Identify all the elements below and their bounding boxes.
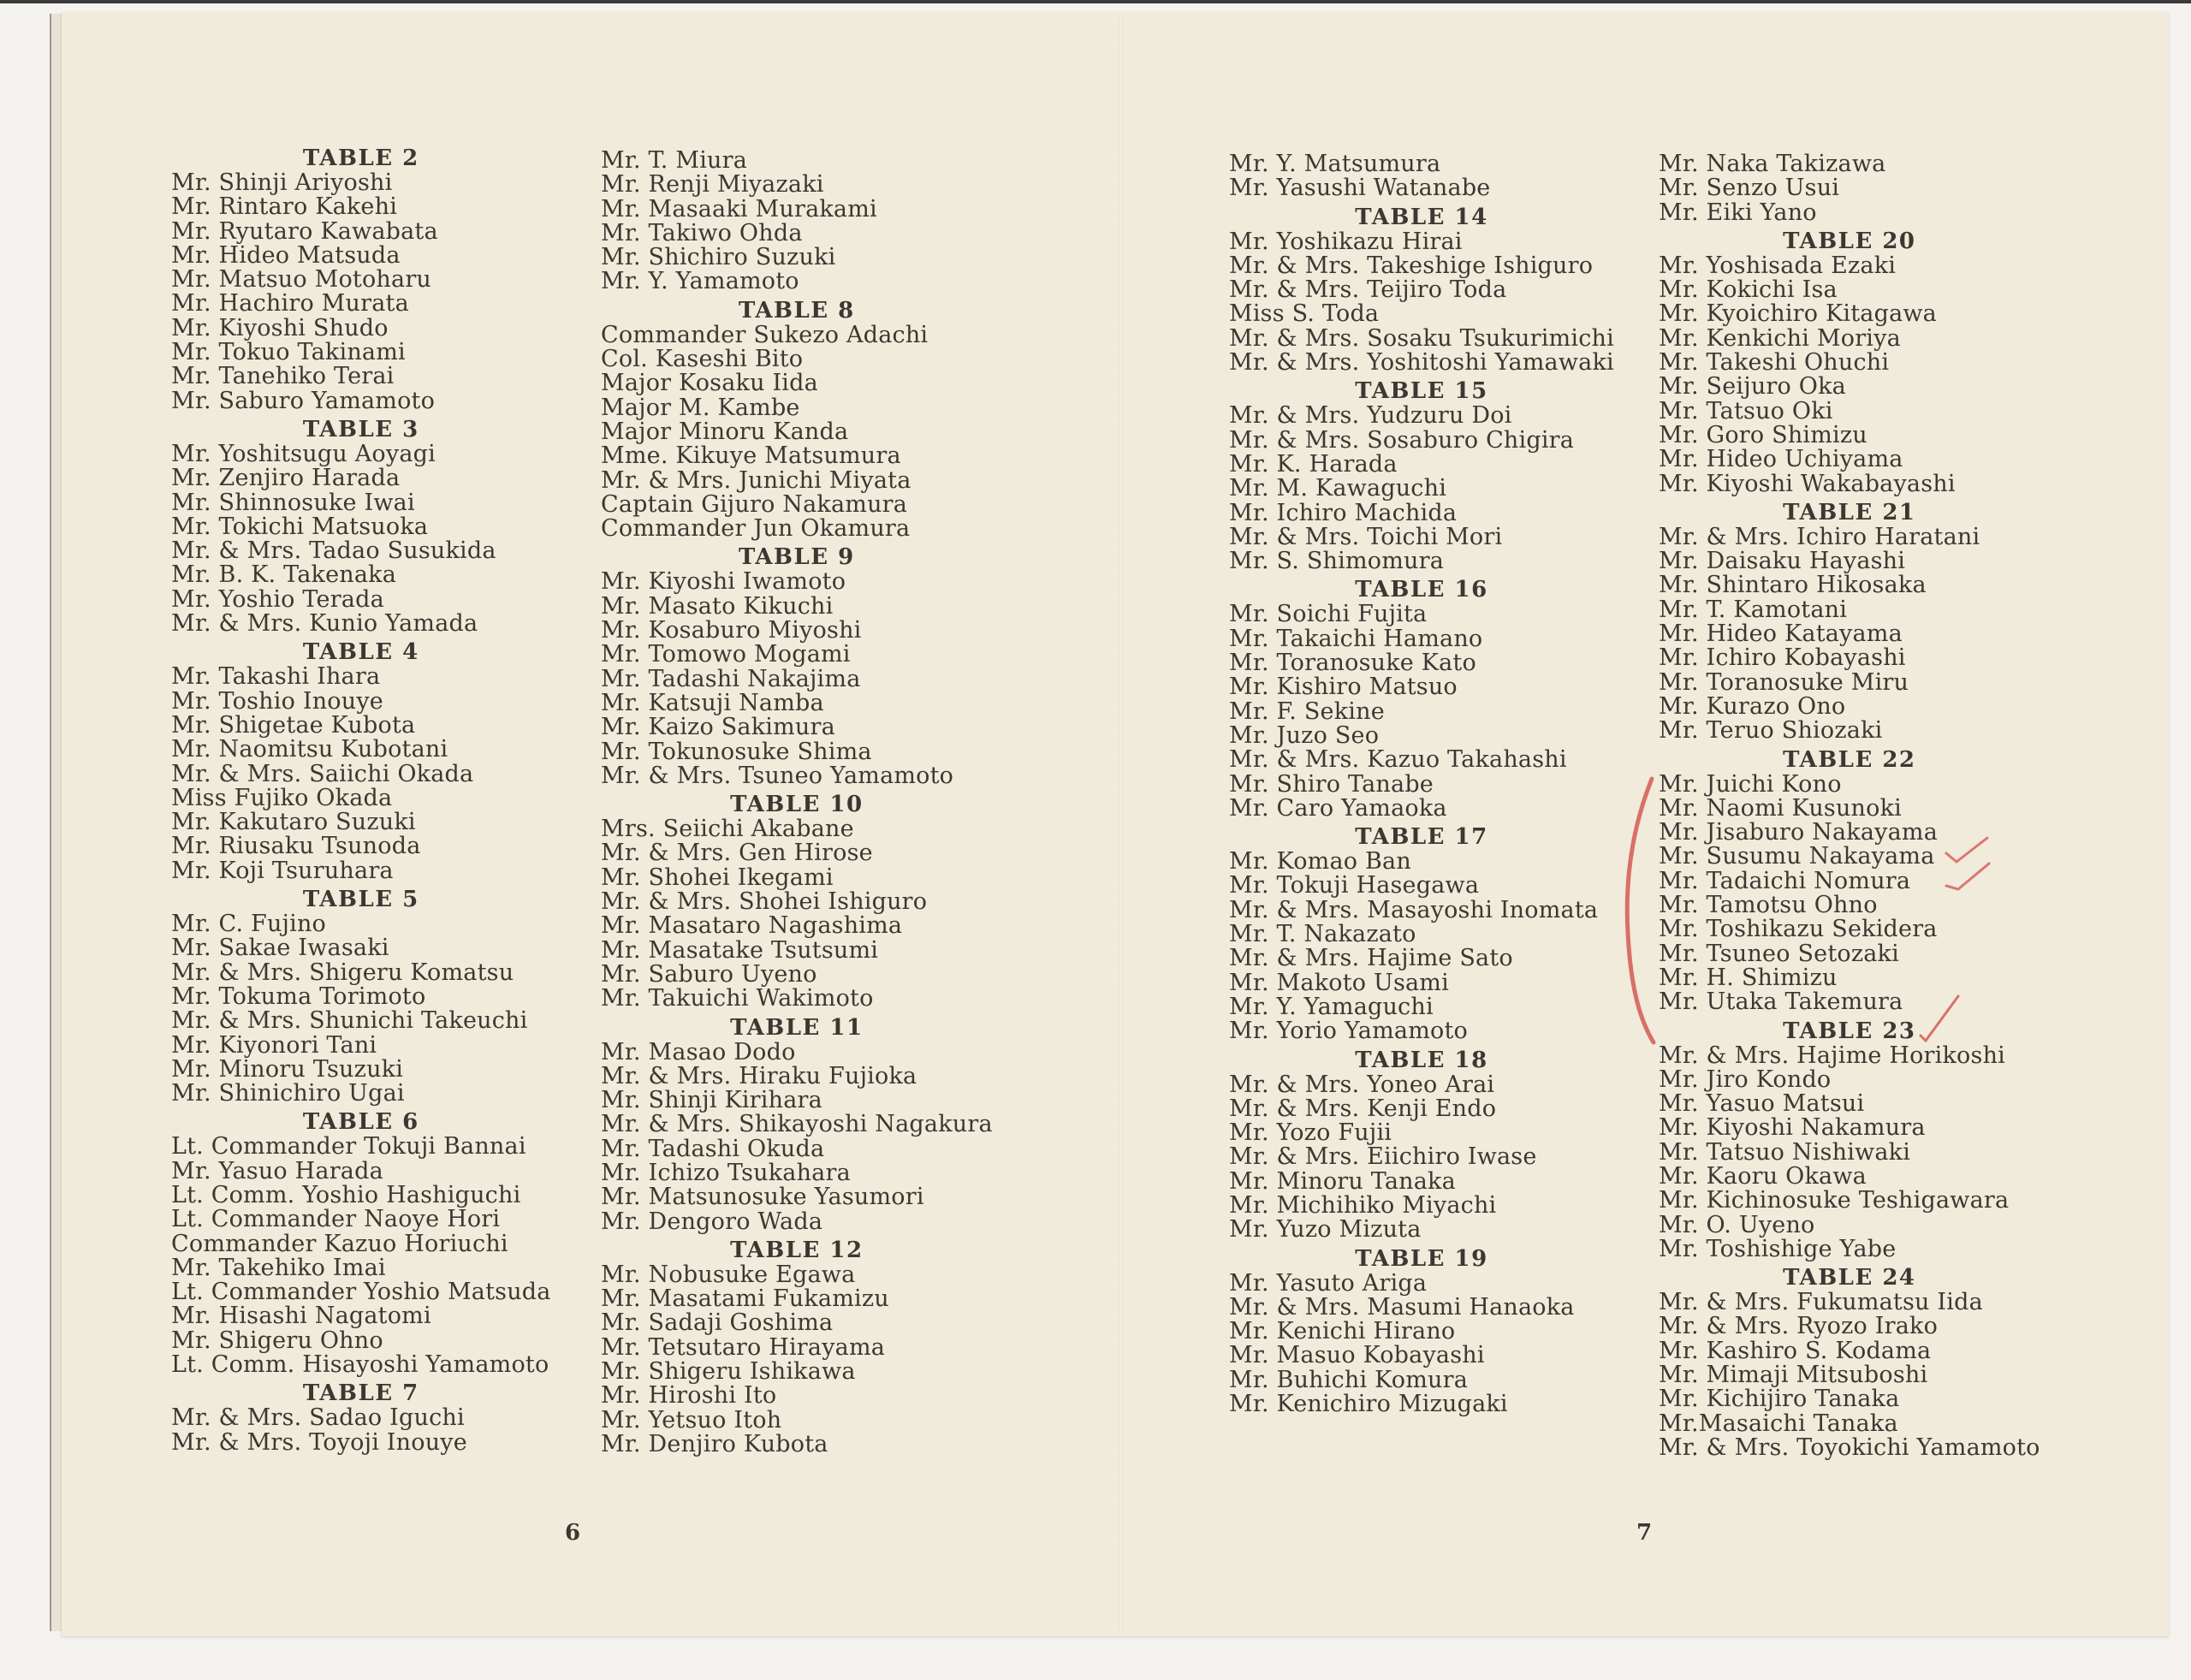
- guest-name: Mr. & Mrs. Shikayoshi Nagakura: [601, 1113, 993, 1137]
- guest-name: Mr. Naomitsu Kubotani: [171, 738, 551, 762]
- guest-name: Mr. Yetsuo Itoh: [601, 1409, 993, 1433]
- guest-name: Major M. Kambe: [601, 396, 993, 420]
- guest-name: Mr. Tsuneo Setozaki: [1659, 942, 2040, 966]
- guest-name: Mr. Toshikazu Sekidera: [1659, 917, 2040, 941]
- guest-name: Mr. & Mrs. Masayoshi Inomata: [1229, 899, 1614, 923]
- guest-name: Mr. Tatsuo Nishiwaki: [1659, 1141, 2040, 1165]
- table-heading: TABLE 4: [171, 639, 551, 665]
- guest-name: Mr. Takashi Ihara: [171, 665, 551, 689]
- guest-name: Mr. & Mrs. Yoneo Arai: [1229, 1073, 1614, 1097]
- guest-name: Mr. Y. Matsumura: [1229, 152, 1614, 176]
- guest-name: Mr. Masataro Nagashima: [601, 914, 993, 938]
- guest-name: Mr. & Mrs. Hiraku Fujioka: [601, 1065, 993, 1089]
- guest-name: Mr. & Mrs. Sosaku Tsukurimichi: [1229, 327, 1614, 351]
- guest-name: Mr. & Mrs. Kenji Endo: [1229, 1097, 1614, 1121]
- table-heading: TABLE 24: [1659, 1265, 2040, 1291]
- guest-name: Mr. T. Kamotani: [1659, 598, 2040, 622]
- table-heading: TABLE 7: [171, 1380, 551, 1406]
- guest-name: Miss S. Toda: [1229, 302, 1614, 326]
- guest-name: Mr. Shintaro Hikosaka: [1659, 573, 2040, 597]
- guest-name: Mr. Tomowo Mogami: [601, 643, 993, 667]
- guest-name: Mr. & Mrs. Shohei Ishiguro: [601, 890, 993, 914]
- guest-name: Mr. Yozo Fujii: [1229, 1121, 1614, 1145]
- guest-name: Mr. Shigeru Ohno: [171, 1329, 551, 1353]
- guest-name: Mme. Kikuye Matsumura: [601, 444, 993, 468]
- guest-name: Mr. Nobusuke Egawa: [601, 1263, 993, 1287]
- guest-name: Mr. Daisaku Hayashi: [1659, 549, 2040, 573]
- table-heading: TABLE 18: [1229, 1048, 1614, 1073]
- guest-name: Mr. Takiwo Ohda: [601, 222, 993, 246]
- guest-name: Mr. Tokichi Matsuoka: [171, 515, 551, 539]
- guest-name: Mr. Kaoru Okawa: [1659, 1165, 2040, 1189]
- guest-name: Mr. Shohei Ikegami: [601, 866, 993, 890]
- guest-name: Mr. Riusaku Tsunoda: [171, 834, 551, 858]
- guest-name: Mr. & Mrs. Takeshige Ishiguro: [1229, 254, 1614, 278]
- guest-name: Mr. Yasuto Ariga: [1229, 1272, 1614, 1296]
- guest-name: Mr. & Mrs. Ryozo Irako: [1659, 1315, 2040, 1339]
- guest-name: Lt. Comm. Yoshio Hashiguchi: [171, 1184, 551, 1208]
- guest-name: Mr. & Mrs. Ichiro Haratani: [1659, 525, 2040, 549]
- table-heading: TABLE 2: [171, 145, 551, 171]
- guest-name: Mr. Masatami Fukamizu: [601, 1287, 993, 1311]
- guest-name: Mr. Yasushi Watanabe: [1229, 176, 1614, 200]
- guest-name: Mr. & Mrs. Sosaburo Chigira: [1229, 429, 1614, 453]
- guest-name: Mr. Makoto Usami: [1229, 971, 1614, 995]
- guest-name: Mr. T. Nakazato: [1229, 923, 1614, 947]
- guest-name: Mr. & Mrs. Saiichi Okada: [171, 763, 551, 787]
- guest-name: Mr. Kakutaro Suzuki: [171, 810, 551, 834]
- guest-name: Mr. Dengoro Wada: [601, 1210, 993, 1234]
- guest-name: Mr. Matsuo Motoharu: [171, 268, 551, 292]
- table-heading: TABLE 17: [1229, 824, 1614, 850]
- guest-name: Mr. Senzo Usui: [1659, 176, 2040, 200]
- guest-name: Lt. Commander Naoye Hori: [171, 1208, 551, 1232]
- guest-name: Mr. & Mrs. Shigeru Komatsu: [171, 961, 551, 985]
- guest-name: Mr. Juichi Kono: [1659, 773, 2040, 797]
- guest-name: Lt. Comm. Hisayoshi Yamamoto: [171, 1353, 551, 1377]
- guest-name: Commander Kazuo Horiuchi: [171, 1232, 551, 1256]
- table-heading: TABLE 9: [601, 544, 993, 570]
- table-heading: TABLE 23: [1659, 1018, 2040, 1044]
- guest-name: Mr. H. Shimizu: [1659, 966, 2040, 990]
- guest-name: Mr. Yoshikazu Hirai: [1229, 230, 1614, 254]
- guest-name: Mr. Hiroshi Ito: [601, 1384, 993, 1408]
- guest-name: Mr. Yasuo Matsui: [1659, 1092, 2040, 1116]
- guest-name: Mr. & Mrs. Tsuneo Yamamoto: [601, 764, 993, 788]
- guest-name: Mr. Kiyoshi Wakabayashi: [1659, 472, 2040, 496]
- guest-name: Mr. Toranosuke Miru: [1659, 671, 2040, 695]
- guest-name: Mr. Shinji Ariyoshi: [171, 171, 551, 195]
- column-3: Mr. Y. MatsumuraMr. Yasushi WatanabeTABL…: [1229, 152, 1614, 1416]
- table-heading: TABLE 8: [601, 298, 993, 324]
- guest-name: Mr. Kenichi Hirano: [1229, 1320, 1614, 1344]
- guest-name: Mr. Hideo Matsuda: [171, 244, 551, 268]
- guest-name: Mr. Shiro Tanabe: [1229, 773, 1614, 797]
- guest-name: Mr. Renji Miyazaki: [601, 173, 993, 197]
- table-heading: TABLE 22: [1659, 747, 2040, 773]
- guest-name: Mr. Jisaburo Nakayama: [1659, 821, 2040, 845]
- guest-name: Mr. Takehiko Imai: [171, 1256, 551, 1280]
- guest-name: Mr. Tatsuo Oki: [1659, 400, 2040, 424]
- table-heading: TABLE 10: [601, 792, 993, 817]
- table-heading: TABLE 3: [171, 417, 551, 442]
- guest-name: Mr. Kichinosuke Teshigawara: [1659, 1189, 2040, 1213]
- guest-name: Mr. Ichiro Kobayashi: [1659, 646, 2040, 670]
- guest-name: Mr. Masao Dodo: [601, 1041, 993, 1065]
- guest-name: Mr. B. K. Takenaka: [171, 563, 551, 587]
- guest-name: Mr. Naomi Kusunoki: [1659, 797, 2040, 821]
- guest-name: Mr. Tadashi Okuda: [601, 1137, 993, 1161]
- guest-name: Mr. Kenichiro Mizugaki: [1229, 1392, 1614, 1416]
- guest-name: Mr. & Mrs. Sadao Iguchi: [171, 1406, 551, 1430]
- guest-name: Mr. Matsunosuke Yasumori: [601, 1185, 993, 1209]
- guest-name: Mr. C. Fujino: [171, 912, 551, 936]
- guest-name: Mr. Ichizo Tsukahara: [601, 1161, 993, 1185]
- guest-name: Mr. & Mrs. Junichi Miyata: [601, 469, 993, 493]
- table-heading: TABLE 19: [1229, 1246, 1614, 1272]
- guest-name: Mr. Kiyonori Tani: [171, 1034, 551, 1058]
- guest-name: Mr. & Mrs. Teijiro Toda: [1229, 278, 1614, 302]
- guest-name: Mr. & Mrs. Yudzuru Doi: [1229, 404, 1614, 428]
- guest-name: Mr. Toshio Inouye: [171, 690, 551, 714]
- column-2: Mr. T. MiuraMr. Renji MiyazakiMr. Masaak…: [601, 149, 993, 1457]
- guest-name: Mr. Ryutaro Kawabata: [171, 220, 551, 244]
- guest-name: Mr. Saburo Uyeno: [601, 963, 993, 987]
- guest-name: Mr.Masaichi Tanaka: [1659, 1412, 2040, 1436]
- guest-name: Mr. Denjiro Kubota: [601, 1433, 993, 1457]
- guest-name: Mr. Kenkichi Moriya: [1659, 327, 2040, 351]
- guest-name: Col. Kaseshi Bito: [601, 347, 993, 371]
- guest-name: Mr. Utaka Takemura: [1659, 990, 2040, 1014]
- guest-name: Mr. Komao Ban: [1229, 850, 1614, 874]
- booklet-spread: TABLE 2Mr. Shinji AriyoshiMr. Rintaro Ka…: [62, 12, 2169, 1636]
- guest-name: Mr. & Mrs. Masumi Hanaoka: [1229, 1296, 1614, 1320]
- guest-name: Mr. Hachiro Murata: [171, 292, 551, 316]
- guest-name: Mr. Tetsutaro Hirayama: [601, 1336, 993, 1360]
- guest-name: Mr. Masatake Tsutsumi: [601, 939, 993, 963]
- guest-name: Mr. Hisashi Nagatomi: [171, 1304, 551, 1328]
- guest-name: Mr. Hideo Uchiyama: [1659, 448, 2040, 472]
- guest-name: Mr. & Mrs. Yoshitoshi Yamawaki: [1229, 351, 1614, 375]
- guest-name: Mr. Minoru Tsuzuki: [171, 1058, 551, 1082]
- guest-name: Mr. Caro Yamaoka: [1229, 797, 1614, 821]
- page-left: TABLE 2Mr. Shinji AriyoshiMr. Rintaro Ka…: [62, 12, 1121, 1636]
- guest-name: Lt. Commander Tokuji Bannai: [171, 1135, 551, 1159]
- table-heading: TABLE 11: [601, 1015, 993, 1041]
- guest-name: Mr. Toshishige Yabe: [1659, 1238, 2040, 1261]
- guest-name: Mr. Mimaji Mitsuboshi: [1659, 1363, 2040, 1387]
- guest-name: Mr. Kichijiro Tanaka: [1659, 1387, 2040, 1411]
- guest-name: Mr. & Mrs. Fukumatsu Iida: [1659, 1291, 2040, 1315]
- guest-name: Mr. Shigetae Kubota: [171, 714, 551, 738]
- guest-name: Major Minoru Kanda: [601, 420, 993, 444]
- guest-name: Mr. Katsuji Namba: [601, 692, 993, 715]
- guest-name: Mr. & Mrs. Toyoji Inouye: [171, 1431, 551, 1455]
- guest-name: Mr. Masuo Kobayashi: [1229, 1344, 1614, 1368]
- table-heading: TABLE 15: [1229, 378, 1614, 404]
- guest-name: Mr. Yorio Yamamoto: [1229, 1019, 1614, 1043]
- guest-name: Mr. S. Shimomura: [1229, 549, 1614, 573]
- table-heading: TABLE 21: [1659, 500, 2040, 525]
- guest-name: Mr. Kiyoshi Shudo: [171, 317, 551, 341]
- scan-top-border: [0, 0, 2191, 3]
- guest-name: Mr. Kosaburo Miyoshi: [601, 619, 993, 643]
- guest-name: Mrs. Seiichi Akabane: [601, 817, 993, 841]
- table-heading: TABLE 14: [1229, 205, 1614, 230]
- guest-name: Mr. Rintaro Kakehi: [171, 195, 551, 219]
- guest-name: Mr. Kishiro Matsuo: [1229, 675, 1614, 699]
- guest-name: Mr. Tokuma Torimoto: [171, 985, 551, 1009]
- guest-name: Mr. Kaizo Sakimura: [601, 715, 993, 739]
- guest-name: Mr. Yoshio Terada: [171, 588, 551, 612]
- guest-name: Mr. & Mrs. Hajime Sato: [1229, 947, 1614, 971]
- guest-name: Mr. M. Kawaguchi: [1229, 477, 1614, 501]
- guest-name: Mr. & Mrs. Kazuo Takahashi: [1229, 748, 1614, 772]
- guest-name: Mr. Hideo Katayama: [1659, 622, 2040, 646]
- guest-name: Mr. Yasuo Harada: [171, 1160, 551, 1184]
- guest-name: Mr. Tokuo Takinami: [171, 341, 551, 365]
- table-heading: TABLE 12: [601, 1238, 993, 1263]
- guest-name: Mr. & Mrs. Tadao Susukida: [171, 539, 551, 563]
- column-1: TABLE 2Mr. Shinji AriyoshiMr. Rintaro Ka…: [171, 142, 551, 1455]
- guest-name: Mr. Kurazo Ono: [1659, 695, 2040, 719]
- guest-name: Commander Jun Okamura: [601, 517, 993, 541]
- guest-name: Mr. & Mrs. Toyokichi Yamamoto: [1659, 1436, 2040, 1460]
- guest-name: Mr. Susumu Nakayama: [1659, 845, 2040, 869]
- guest-name: Mr. Saburo Yamamoto: [171, 389, 551, 413]
- guest-name: Mr. Seijuro Oka: [1659, 375, 2040, 399]
- table-heading: TABLE 16: [1229, 577, 1614, 603]
- guest-name: Mr. Eiki Yano: [1659, 201, 2040, 225]
- guest-name: Mr. Yoshitsugu Aoyagi: [171, 442, 551, 466]
- guest-name: Mr. Tadashi Nakajima: [601, 668, 993, 692]
- guest-name: Mr. Masaaki Murakami: [601, 198, 993, 222]
- guest-name: Mr. Soichi Fujita: [1229, 603, 1614, 626]
- page-right: Mr. Y. MatsumuraMr. Yasushi WatanabeTABL…: [1123, 12, 2169, 1636]
- guest-name: Mr. Jiro Kondo: [1659, 1068, 2040, 1092]
- guest-name: Mr. F. Sekine: [1229, 700, 1614, 724]
- guest-name: Mr. Masato Kikuchi: [601, 595, 993, 619]
- guest-name: Mr. & Mrs. Kunio Yamada: [171, 612, 551, 636]
- guest-name: Mr. Takaichi Hamano: [1229, 627, 1614, 651]
- guest-name: Mr. K. Harada: [1229, 453, 1614, 477]
- guest-name: Mr. Tokuji Hasegawa: [1229, 874, 1614, 898]
- guest-name: Miss Fujiko Okada: [171, 787, 551, 810]
- guest-name: Mr. Sakae Iwasaki: [171, 936, 551, 960]
- guest-name: Mr. Tadaichi Nomura: [1659, 870, 2040, 893]
- guest-name: Lt. Commander Yoshio Matsuda: [171, 1280, 551, 1304]
- guest-name: Mr. Y. Yamamoto: [601, 270, 993, 294]
- table-heading: TABLE 6: [171, 1109, 551, 1135]
- guest-name: Mr. Kashiro S. Kodama: [1659, 1339, 2040, 1363]
- guest-name: Mr. Toranosuke Kato: [1229, 651, 1614, 675]
- guest-name: Mr. Buhichi Komura: [1229, 1368, 1614, 1392]
- column-4: Mr. Naka TakizawaMr. Senzo UsuiMr. Eiki …: [1659, 152, 2040, 1460]
- guest-name: Mr. Koji Tsuruhara: [171, 859, 551, 883]
- guest-name: Mr. Y. Yamaguchi: [1229, 995, 1614, 1019]
- guest-name: Mr. Takeshi Ohuchi: [1659, 351, 2040, 375]
- guest-name: Mr. O. Uyeno: [1659, 1214, 2040, 1238]
- guest-name: Mr. & Mrs. Shunichi Takeuchi: [171, 1009, 551, 1033]
- guest-name: Mr. & Mrs. Gen Hirose: [601, 841, 993, 865]
- page-number-left: 6: [565, 1520, 580, 1546]
- guest-name: Mr. Shinji Kirihara: [601, 1089, 993, 1113]
- guest-name: Mr. Minoru Tanaka: [1229, 1170, 1614, 1194]
- guest-name: Mr. & Mrs. Eiichiro Iwase: [1229, 1145, 1614, 1169]
- guest-name: Mr. Zenjiro Harada: [171, 466, 551, 490]
- guest-name: Mr. Kiyoshi Nakamura: [1659, 1116, 2040, 1140]
- guest-name: Mr. Ichiro Machida: [1229, 502, 1614, 525]
- guest-name: Mr. Kyoichiro Kitagawa: [1659, 302, 2040, 326]
- guest-name: Mr. Shinichiro Ugai: [171, 1082, 551, 1106]
- guest-name: Mr. Tamotsu Ohno: [1659, 893, 2040, 917]
- page-number-right: 7: [1636, 1520, 1652, 1546]
- guest-name: Mr. Teruo Shiozaki: [1659, 719, 2040, 743]
- guest-name: Mr. Tokunosuke Shima: [601, 740, 993, 764]
- guest-name: Mr. Takuichi Wakimoto: [601, 987, 993, 1011]
- guest-name: Major Kosaku Iida: [601, 371, 993, 395]
- guest-name: Mr. Naka Takizawa: [1659, 152, 2040, 176]
- guest-name: Mr. Goro Shimizu: [1659, 424, 2040, 448]
- table-heading: TABLE 5: [171, 887, 551, 912]
- guest-name: Captain Gijuro Nakamura: [601, 493, 993, 517]
- guest-name: Mr. & Mrs. Toichi Mori: [1229, 525, 1614, 549]
- guest-name: Mr. Juzo Seo: [1229, 724, 1614, 748]
- guest-name: Commander Sukezo Adachi: [601, 324, 993, 347]
- guest-name: Mr. Shigeru Ishikawa: [601, 1360, 993, 1384]
- guest-name: Mr. Michihiko Miyachi: [1229, 1194, 1614, 1218]
- guest-name: Mr. Yuzo Mizuta: [1229, 1218, 1614, 1242]
- guest-name: Mr. T. Miura: [601, 149, 993, 173]
- guest-name: Mr. Kiyoshi Iwamoto: [601, 570, 993, 594]
- guest-name: Mr. Shinnosuke Iwai: [171, 491, 551, 515]
- table-heading: TABLE 20: [1659, 229, 2040, 254]
- guest-name: Mr. & Mrs. Hajime Horikoshi: [1659, 1044, 2040, 1068]
- guest-name: Mr. Tanehiko Terai: [171, 365, 551, 389]
- guest-name: Mr. Kokichi Isa: [1659, 278, 2040, 302]
- guest-name: Mr. Sadaji Goshima: [601, 1311, 993, 1335]
- guest-name: Mr. Yoshisada Ezaki: [1659, 254, 2040, 278]
- guest-name: Mr. Shichiro Suzuki: [601, 246, 993, 270]
